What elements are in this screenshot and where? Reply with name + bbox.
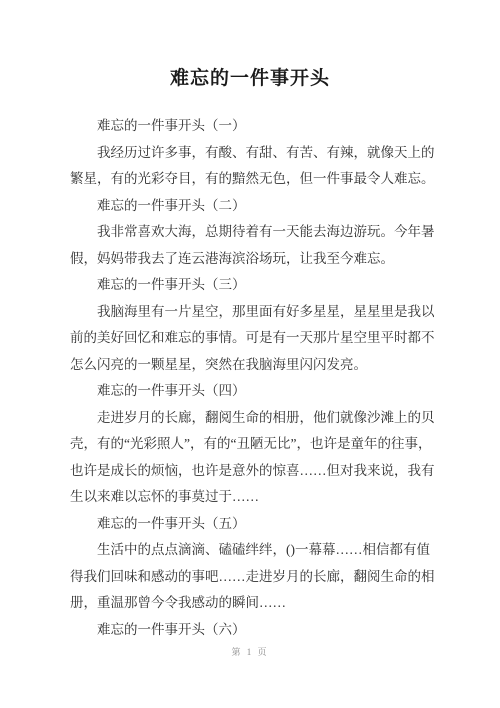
text-line: 繁星，有的光彩夺目，有的黯然无色，但一件事最令人难忘。	[70, 166, 430, 193]
text-line: 走进岁月的长廊，翻阅生命的相册，他们就像沙滩上的贝	[70, 405, 430, 432]
text-line: 生以来难以忘怀的事莫过于……	[70, 484, 430, 511]
text-line: 怎么闪亮的一颗星星，突然在我脑海里闪闪发亮。	[70, 352, 430, 379]
text-line: 壳，有的“光彩照人”，有的“丑陋无比”，也许是童年的往事，	[70, 431, 430, 458]
document-body: 难忘的一件事开头（一）我经历过许多事，有酸、有甜、有苦、有辣，就像天上的繁星，有…	[70, 113, 430, 643]
text-line: 我非常喜欢大海，总期待着有一天能去海边游玩。今年暑	[70, 219, 430, 246]
section-heading: 难忘的一件事开头（二）	[70, 193, 430, 220]
text-line: 也许是成长的烦恼，也许是意外的惊喜……但对我来说，我有	[70, 458, 430, 485]
text-line: 假，妈妈带我去了连云港海滨浴场玩，让我至今难忘。	[70, 246, 430, 273]
document-page: 难忘的一件事开头 难忘的一件事开头（一）我经历过许多事，有酸、有甜、有苦、有辣，…	[0, 0, 500, 708]
document-title: 难忘的一件事开头	[0, 0, 500, 92]
text-line: 我脑海里有一片星空，那里面有好多星星，星星里是我以	[70, 299, 430, 326]
section-heading: 难忘的一件事开头（五）	[70, 511, 430, 538]
text-line: 生活中的点点滴滴、磕磕绊绊，()一幕幕……相信都有值	[70, 537, 430, 564]
section-heading: 难忘的一件事开头（六）	[70, 617, 430, 644]
section-heading: 难忘的一件事开头（四）	[70, 378, 430, 405]
text-line: 得我们回味和感动的事吧……走进岁月的长廊，翻阅生命的相	[70, 564, 430, 591]
text-line: 我经历过许多事，有酸、有甜、有苦、有辣，就像天上的	[70, 140, 430, 167]
section-heading: 难忘的一件事开头（一）	[70, 113, 430, 140]
text-line: 前的美好回忆和难忘的事情。可是有一天那片星空里平时都不	[70, 325, 430, 352]
section-heading: 难忘的一件事开头（三）	[70, 272, 430, 299]
text-line: 册，重温那曾今令我感动的瞬间……	[70, 590, 430, 617]
page-number: 第 1 页	[0, 645, 500, 658]
